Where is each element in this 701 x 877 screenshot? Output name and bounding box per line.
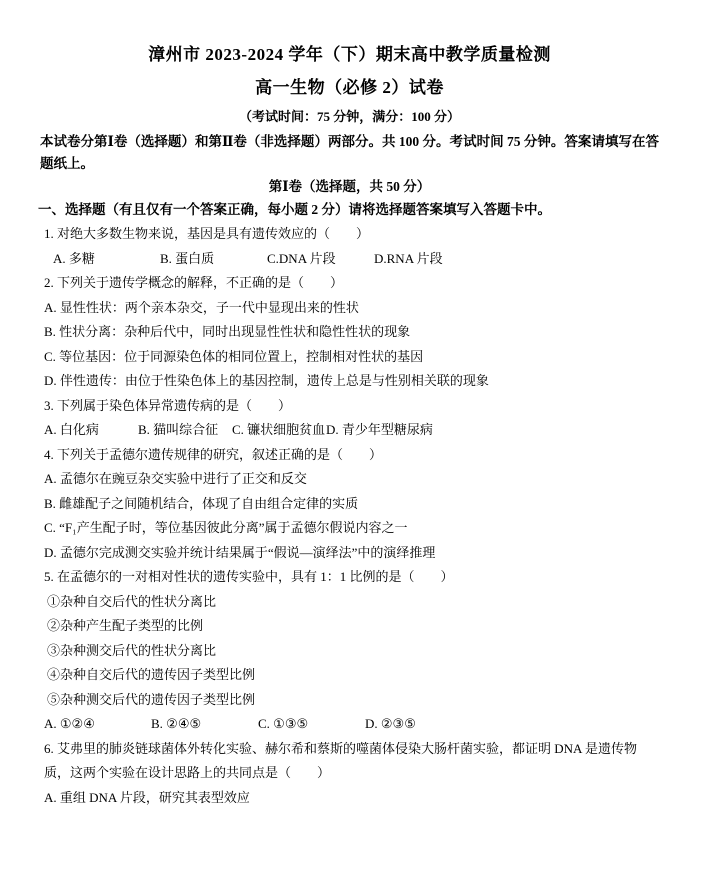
question-3-options: A. 白化病 B. 猫叫综合征 C. 镰状细胞贫血 D. 青少年型糖尿病	[44, 418, 659, 443]
question-2-option-c: C. 等位基因：位于同源染色体的相同位置上，控制相对性状的基因	[44, 345, 659, 370]
question-3-option-c: C. 镰状细胞贫血	[232, 418, 326, 443]
question-3-option-b: B. 猫叫综合征	[138, 418, 232, 443]
question-5-item-2: ②杂种产生配子类型的比例	[47, 614, 659, 639]
question-5-option-d: D. ②③⑤	[365, 712, 416, 737]
question-5-stem: 5. 在孟德尔的一对相对性状的遗传实验中，具有 1：1 比例的是（ ）	[44, 565, 659, 590]
question-5-option-a: A. ①②④	[44, 712, 151, 737]
question-5-options: A. ①②④ B. ②④⑤ C. ①③⑤ D. ②③⑤	[44, 712, 659, 737]
question-4-option-a: A. 孟德尔在豌豆杂交实验中进行了正交和反交	[44, 467, 659, 492]
question-3-option-d: D. 青少年型糖尿病	[326, 418, 433, 443]
question-5-item-3: ③杂种测交后代的性状分离比	[47, 639, 659, 664]
question-1-option-d: D.RNA 片段	[374, 247, 443, 272]
question-1-stem: 1. 对绝大多数生物来说，基因是具有遗传效应的（ ）	[44, 222, 659, 247]
question-1-option-b: B. 蛋白质	[160, 247, 267, 272]
question-5-item-5: ⑤杂种测交后代的遗传因子类型比例	[47, 688, 659, 713]
exam-title: 漳州市 2023-2024 学年（下）期末高中教学质量检测	[40, 44, 659, 66]
question-1-option-a: A. 多糖	[53, 247, 160, 272]
question-2-option-b: B. 性状分离：杂种后代中，同时出现显性性状和隐性性状的现象	[44, 320, 659, 345]
section-1-directions: 一、选择题（有且仅有一个答案正确，每小题 2 分）请将选择题答案填写入答题卡中。	[38, 198, 659, 222]
question-6-option-a: A. 重组 DNA 片段，研究其表型效应	[44, 786, 659, 811]
question-2-option-a: A. 显性性状：两个亲本杂交，子一代中显现出来的性状	[44, 296, 659, 321]
exam-instructions: 本试卷分第Ⅰ卷（选择题）和第Ⅱ卷（非选择题）两部分。共 100 分。考试时间 7…	[40, 131, 659, 175]
section-1-heading: 第Ⅰ卷（选择题，共 50 分）	[40, 176, 659, 198]
question-1-option-c: C.DNA 片段	[267, 247, 374, 272]
question-4-option-b: B. 雌雄配子之间随机结合，体现了自由组合定律的实质	[44, 492, 659, 517]
question-6-stem: 6. 艾弗里的肺炎链球菌体外转化实验、赫尔希和蔡斯的噬菌体侵染大肠杆菌实验，都证…	[44, 737, 659, 786]
question-5-option-b: B. ②④⑤	[151, 712, 258, 737]
question-4-option-d: D. 孟德尔完成测交实验并统计结果属于“假说—演绎法”中的演绎推理	[44, 541, 659, 566]
question-3-stem: 3. 下列属于染色体异常遗传病的是（ ）	[44, 394, 659, 419]
question-2-stem: 2. 下列关于遗传学概念的解释，不正确的是（ ）	[44, 271, 659, 296]
question-3-option-a: A. 白化病	[44, 418, 138, 443]
question-5-item-4: ④杂种自交后代的遗传因子类型比例	[47, 663, 659, 688]
question-1-options: A. 多糖 B. 蛋白质 C.DNA 片段 D.RNA 片段	[53, 247, 659, 272]
question-2-option-d: D. 伴性遗传：由位于性染色体上的基因控制，遗传上总是与性别相关联的现象	[44, 369, 659, 394]
question-5-item-1: ①杂种自交后代的性状分离比	[47, 590, 659, 615]
question-4-option-c: C. “F₁产生配子时，等位基因彼此分离”属于孟德尔假说内容之一	[44, 516, 659, 541]
question-5-option-c: C. ①③⑤	[258, 712, 365, 737]
exam-subtitle: 高一生物（必修 2）试卷	[40, 77, 659, 99]
exam-paper-page: 漳州市 2023-2024 学年（下）期末高中教学质量检测 高一生物（必修 2）…	[0, 0, 701, 877]
question-4-stem: 4. 下列关于孟德尔遗传规律的研究，叙述正确的是（ ）	[44, 443, 659, 468]
exam-time-info: （考试时间：75 分钟，满分：100 分）	[40, 108, 659, 126]
